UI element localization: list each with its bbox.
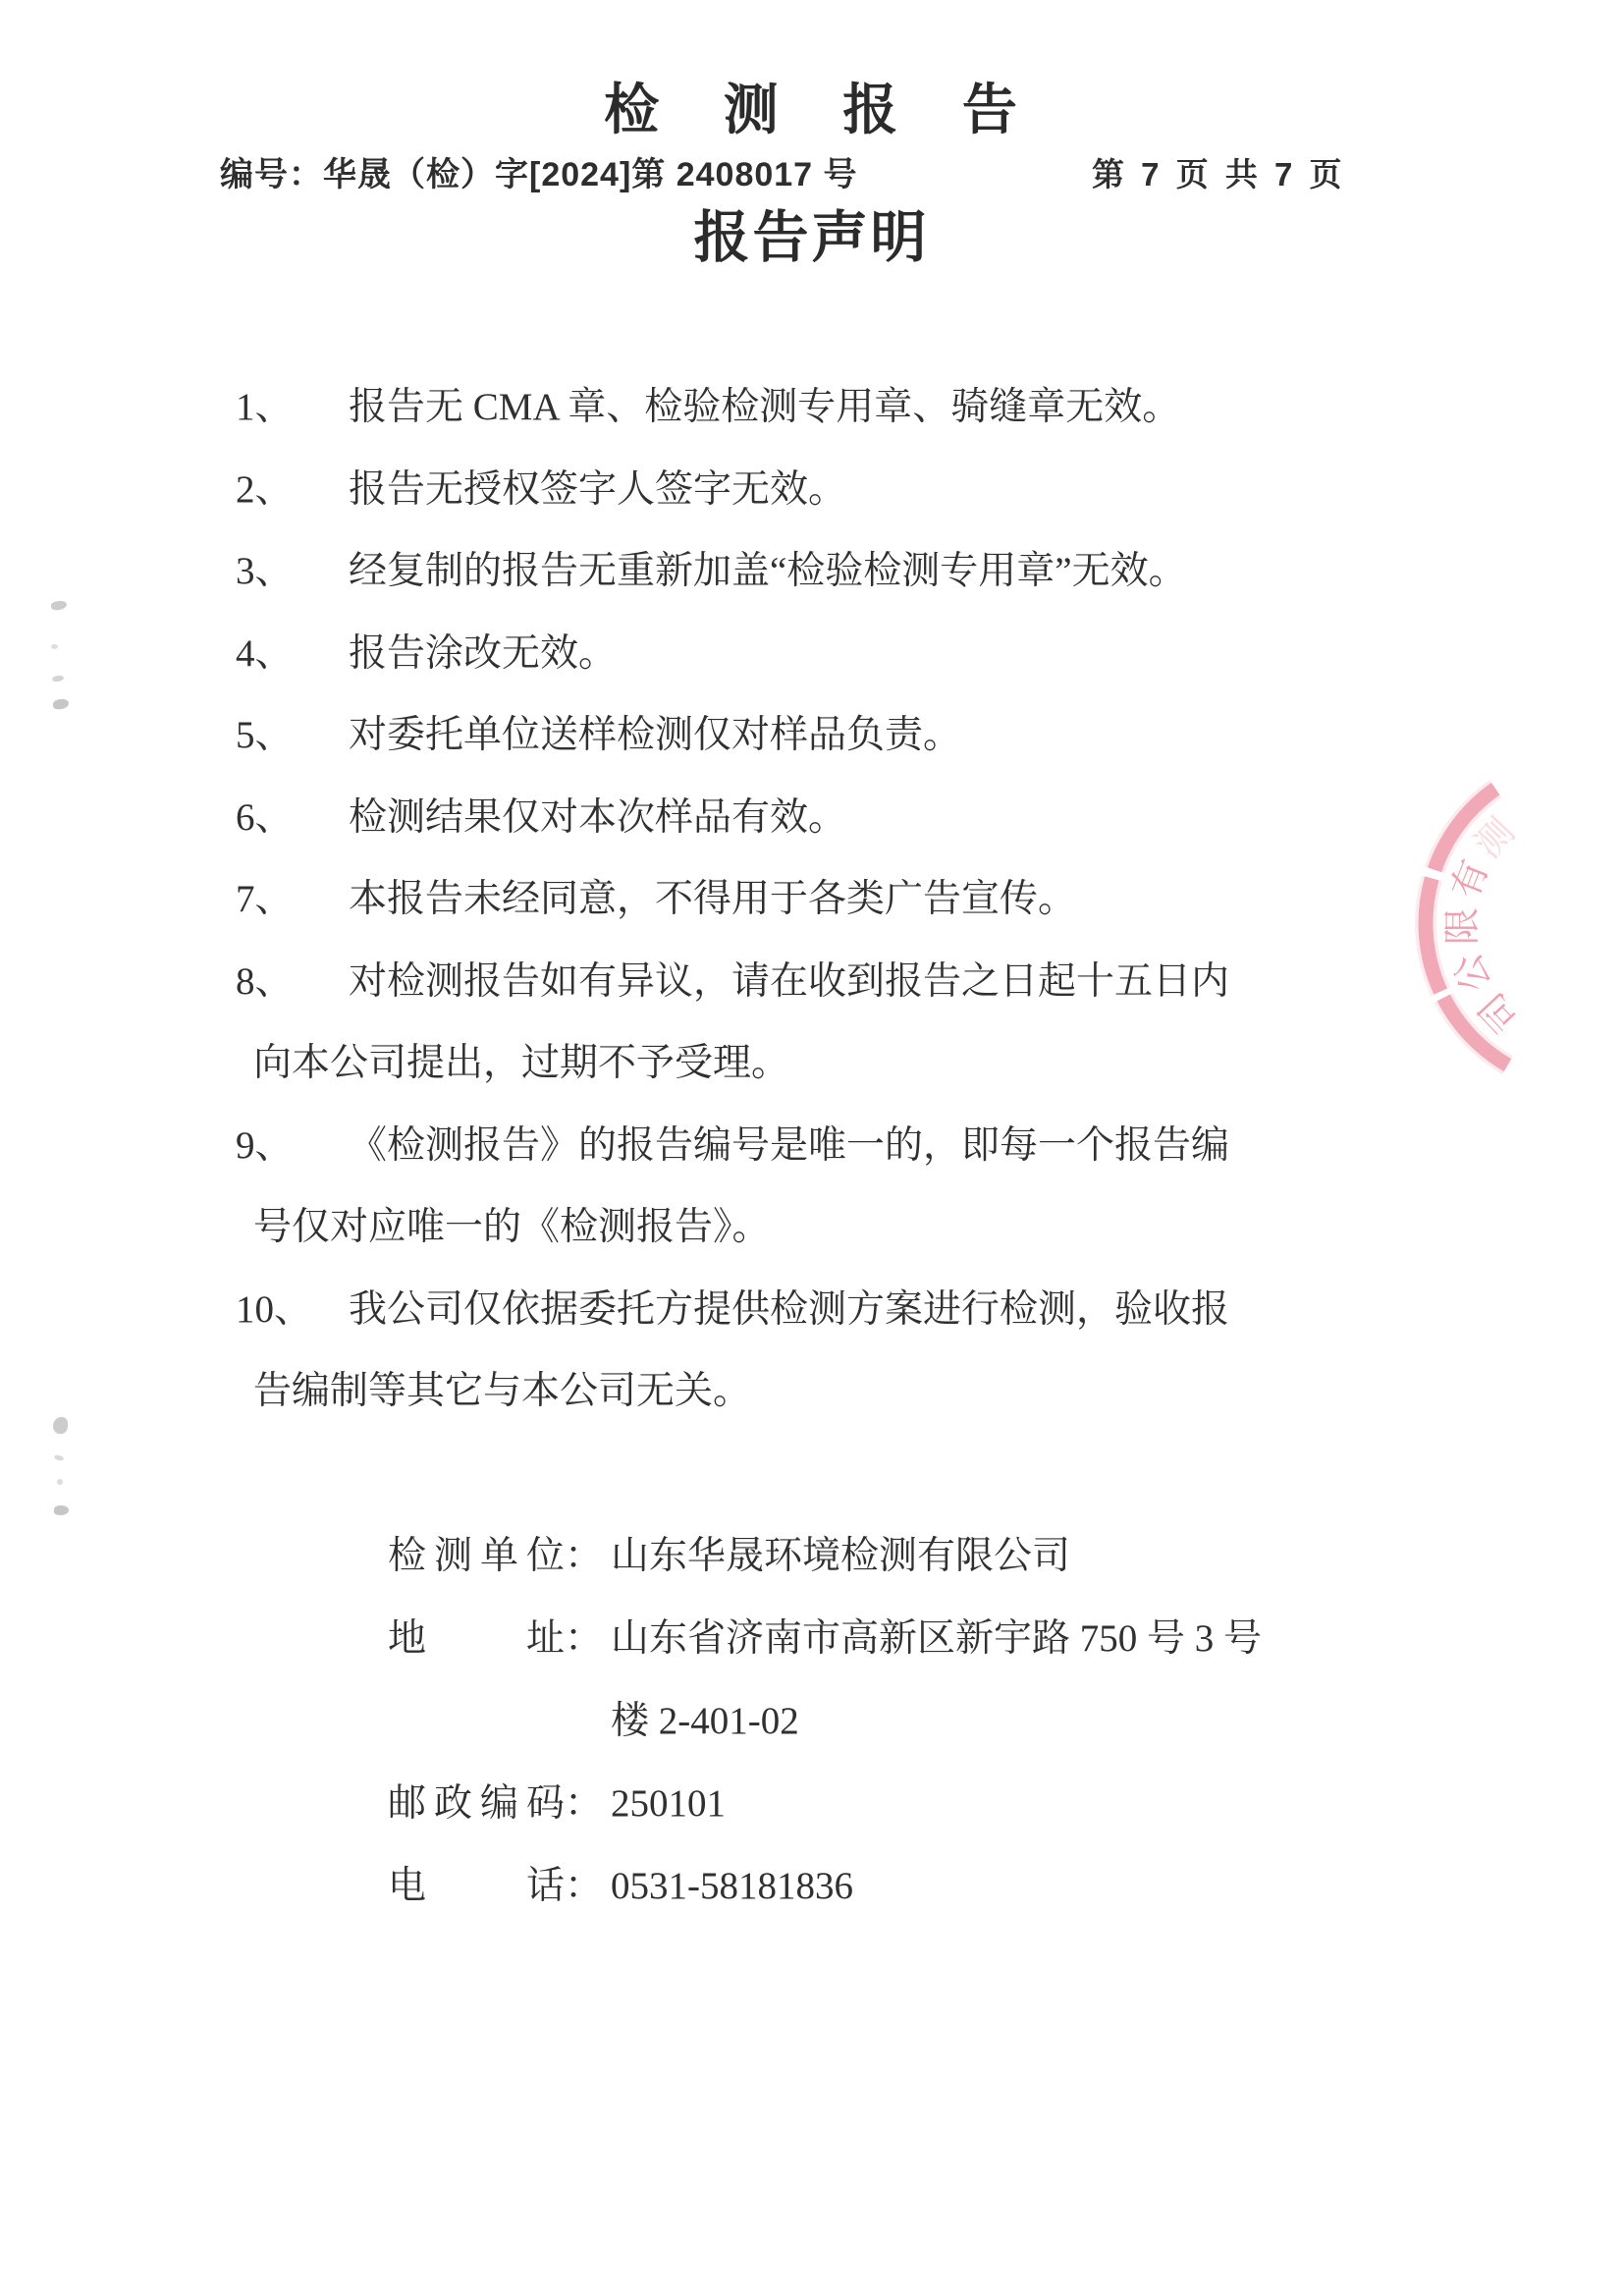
statement-line: 3、经复制的报告无重新加盖“检验检测专用章”无效。	[236, 530, 1515, 613]
scan-artifact	[54, 1454, 65, 1461]
statement-text: 报告无 CMA 章、检验检测专用章、骑缝章无效。	[349, 386, 1180, 428]
statement-line: 6、检测结果仅对本次样品有效。	[236, 777, 1515, 859]
statement-text: 本报告未经同意，不得用于各类广告宣传。	[349, 878, 1076, 920]
contact-value-continuation: 楼 2-401-02	[388, 1680, 1262, 1763]
statement-line: 1、报告无 CMA 章、检验检测专用章、骑缝章无效。	[236, 366, 1515, 449]
contact-label: 邮政编码	[388, 1763, 565, 1845]
statement-number: 3、	[236, 530, 349, 613]
statement-text: 报告无授权签字人签字无效。	[349, 468, 846, 511]
statement-line: 9、《检测报告》的报告编号是唯一的，即每一个报告编	[236, 1105, 1515, 1187]
statement-text: 告编制等其它与本公司无关。	[253, 1370, 751, 1412]
statement-text: 经复制的报告无重新加盖“检验检测专用章”无效。	[349, 550, 1187, 592]
statement-number: 5、	[236, 694, 349, 777]
statement-number: 10、	[236, 1269, 349, 1351]
statements-list: 1、报告无 CMA 章、检验检测专用章、骑缝章无效。2、报告无授权签字人签字无效…	[236, 366, 1515, 1433]
statement-line: 号仅对应唯一的《检测报告》。	[236, 1186, 1515, 1269]
statement-text: 《检测报告》的报告编号是唯一的，即每一个报告编	[349, 1124, 1229, 1167]
scan-artifact	[51, 644, 58, 649]
contact-row: 电话：0531-58181836	[388, 1845, 1262, 1928]
contact-value: 0531-58181836	[611, 1865, 853, 1907]
statement-text: 检测结果仅对本次样品有效。	[349, 796, 846, 839]
scan-artifact	[54, 1504, 70, 1515]
contact-row: 邮政编码：250101	[388, 1763, 1262, 1845]
statement-text: 报告涂改无效。	[349, 632, 617, 675]
scan-artifact	[52, 675, 65, 683]
page-indicator: 第 7 页 共 7 页	[1092, 149, 1346, 195]
scan-artifact	[53, 1417, 68, 1434]
contact-colon: ：	[565, 1763, 603, 1845]
statement-line: 5、对委托单位送样检测仅对样品负责。	[236, 694, 1515, 777]
contact-label: 电话	[388, 1845, 565, 1928]
section-title: 报告声明	[0, 192, 1623, 273]
statement-line: 向本公司提出，过期不予受理。	[236, 1022, 1515, 1105]
statement-number: 6、	[236, 777, 349, 859]
document-page: 检 测 报 告 编号：华晟（检）字[2024]第 2408017 号 第 7 页…	[0, 0, 1623, 2296]
contact-colon: ：	[565, 1845, 603, 1928]
statement-text: 向本公司提出，过期不予受理。	[253, 1042, 789, 1084]
scan-artifact	[57, 1479, 63, 1485]
statement-number: 7、	[236, 858, 349, 941]
scan-artifact	[50, 599, 68, 611]
contact-value: 山东华晟环境检测有限公司	[611, 1535, 1070, 1577]
contact-colon: ：	[565, 1598, 603, 1680]
contact-row: 检测单位：山东华晟环境检测有限公司	[388, 1515, 1262, 1598]
statement-line: 2、报告无授权签字人签字无效。	[236, 449, 1515, 531]
statement-text: 我公司仅依据委托方提供检测方案进行检测，验收报	[349, 1288, 1229, 1331]
statement-text: 对检测报告如有异议，请在收到报告之日起十五日内	[349, 960, 1229, 1003]
scan-artifact	[53, 698, 70, 710]
contact-row: 地址：山东省济南市高新区新宇路 750 号 3 号	[388, 1598, 1262, 1680]
statement-line: 告编制等其它与本公司无关。	[236, 1350, 1515, 1433]
statement-line: 4、报告涂改无效。	[236, 613, 1515, 695]
statement-number: 8、	[236, 941, 349, 1023]
contact-value: 250101	[611, 1782, 726, 1825]
statement-line: 7、本报告未经同意，不得用于各类广告宣传。	[236, 858, 1515, 941]
contact-colon: ：	[565, 1515, 603, 1598]
contact-label: 检测单位	[388, 1515, 565, 1598]
statement-line: 10、我公司仅依据委托方提供检测方案进行检测，验收报	[236, 1269, 1515, 1351]
statement-text: 号仅对应唯一的《检测报告》。	[253, 1206, 771, 1248]
contact-block: 检测单位：山东华晟环境检测有限公司地址：山东省济南市高新区新宇路 750 号 3…	[388, 1515, 1262, 1928]
statement-number: 1、	[236, 366, 349, 449]
statement-number: 9、	[236, 1105, 349, 1187]
report-number: 编号：华晟（检）字[2024]第 2408017 号	[220, 147, 858, 195]
document-title: 检 测 报 告	[0, 67, 1623, 145]
contact-label: 地址	[388, 1598, 565, 1680]
statement-line: 8、对检测报告如有异议，请在收到报告之日起十五日内	[236, 941, 1515, 1023]
statement-number: 4、	[236, 613, 349, 695]
statement-number: 2、	[236, 449, 349, 531]
contact-value: 山东省济南市高新区新宇路 750 号 3 号	[611, 1617, 1262, 1660]
statement-text: 对委托单位送样检测仅对样品负责。	[349, 714, 961, 756]
